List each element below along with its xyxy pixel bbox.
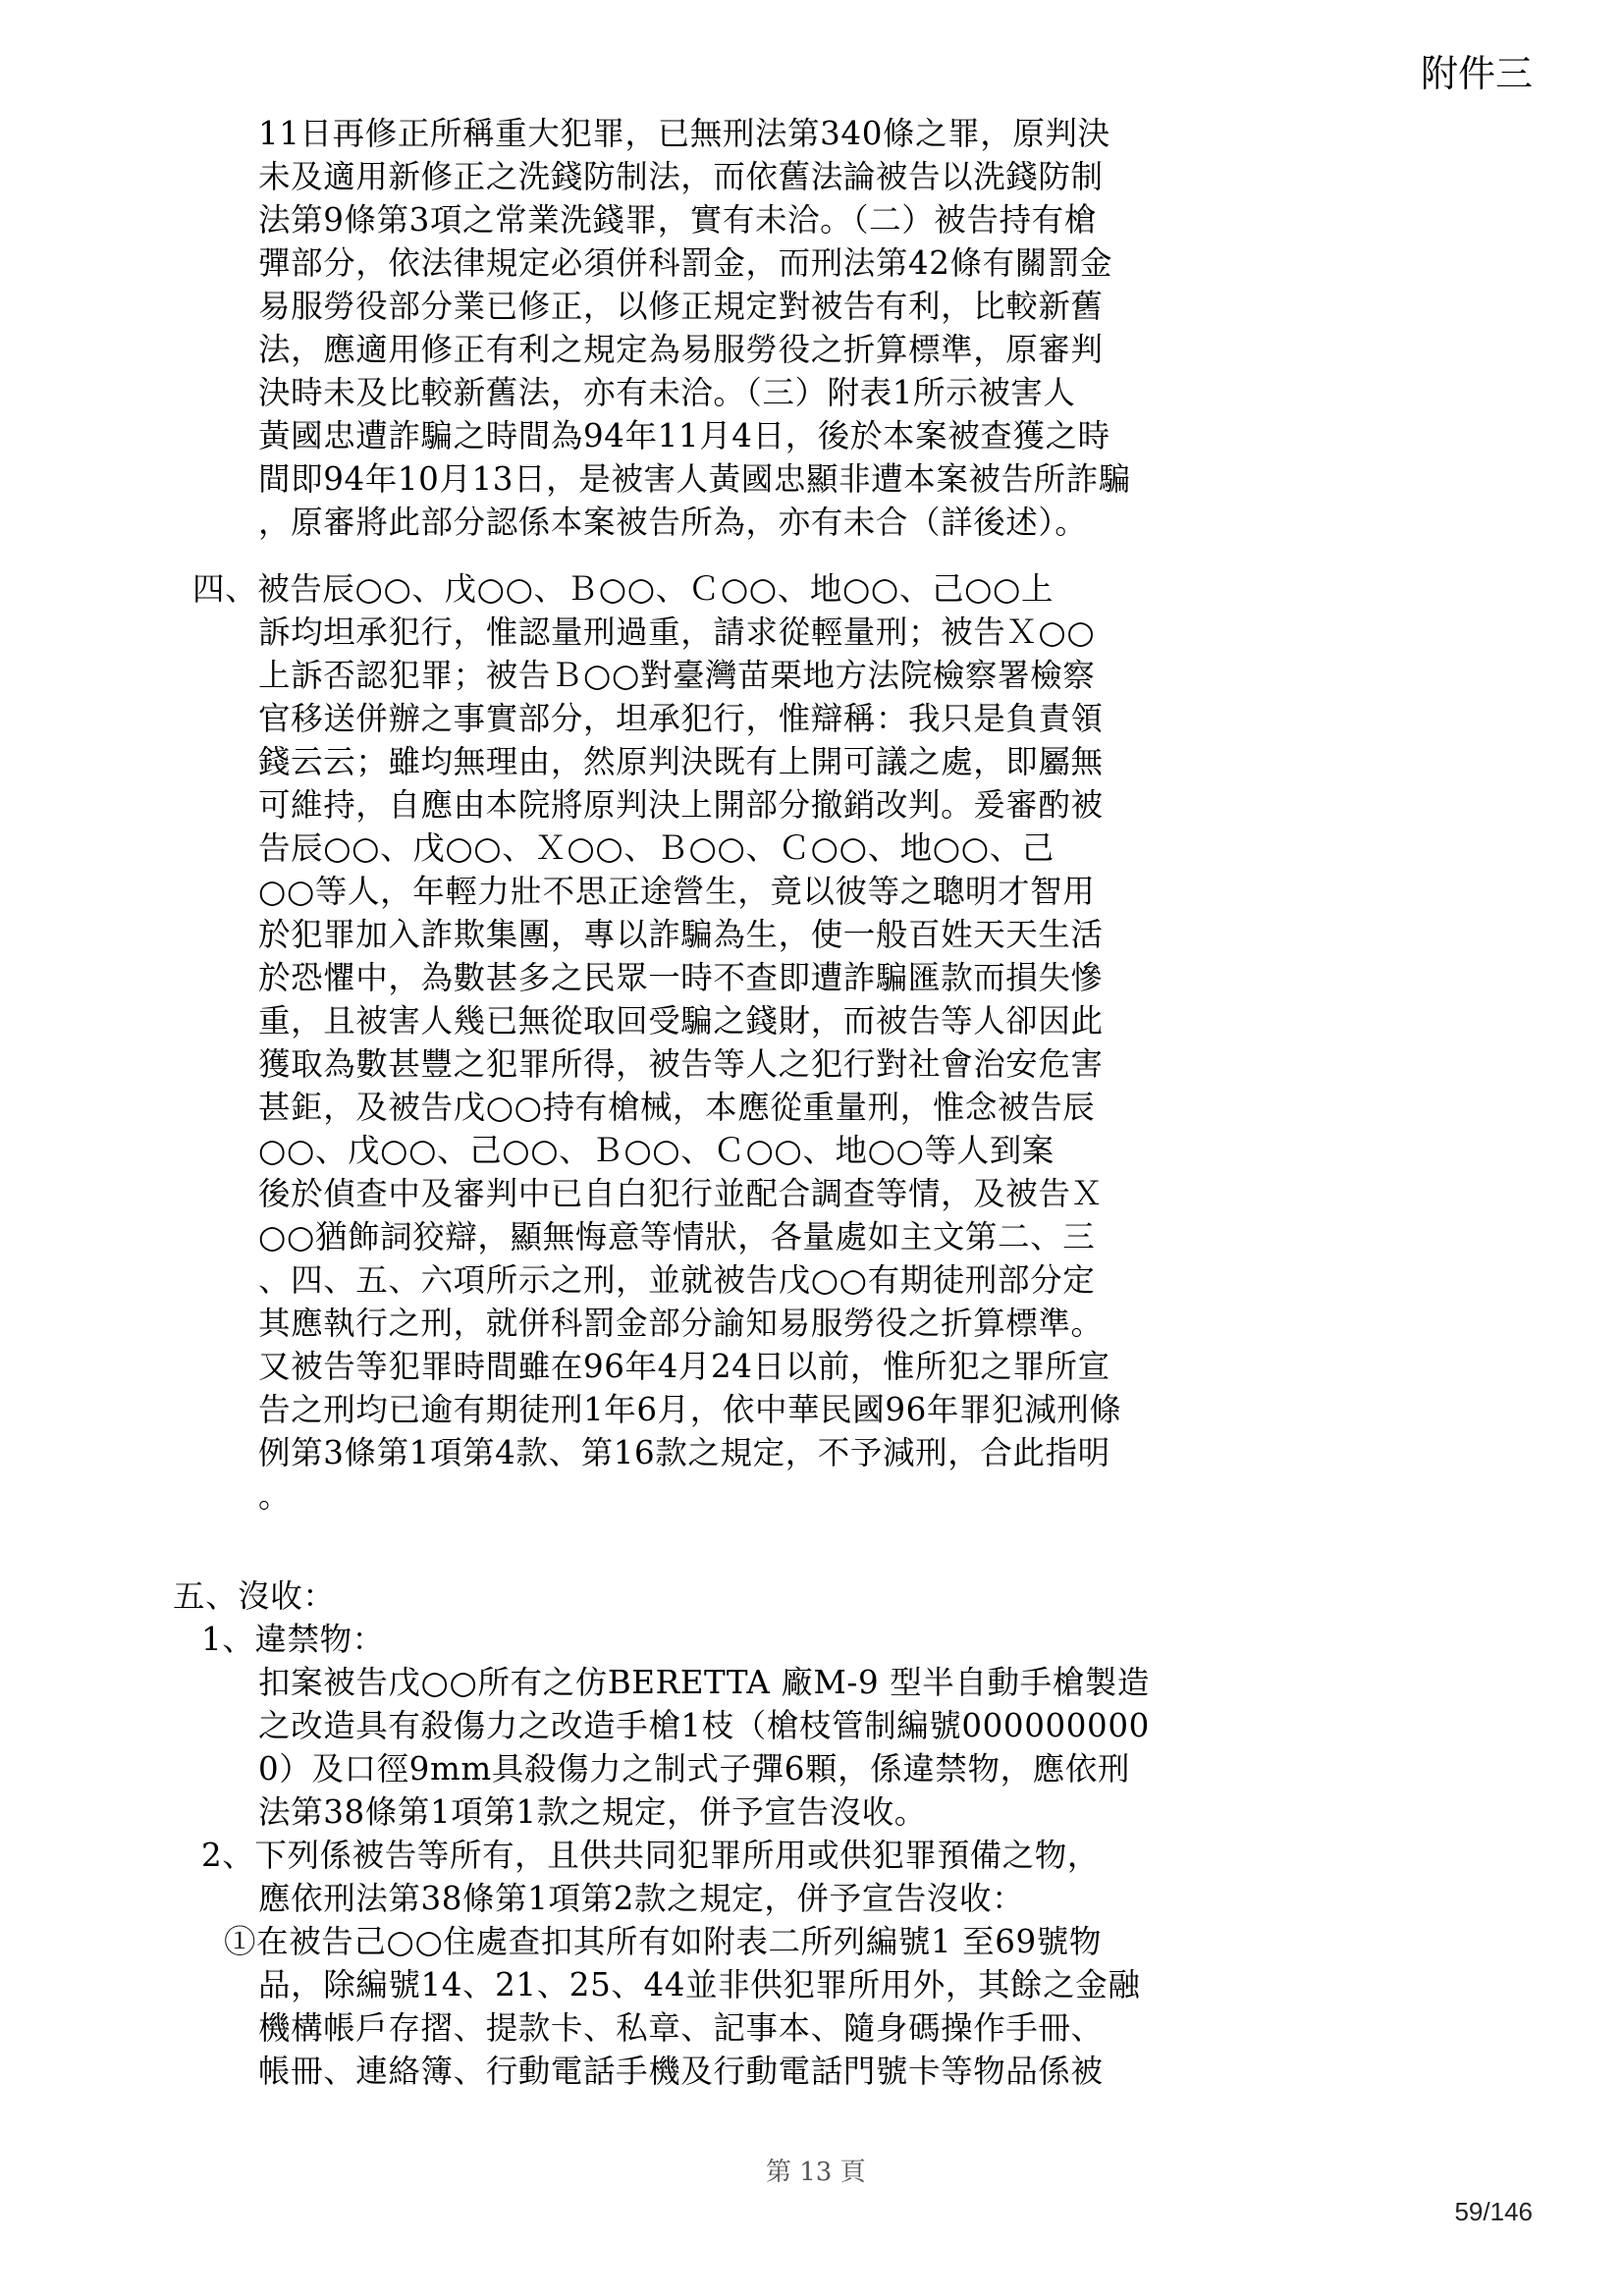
section-4-line: 重，且被害人幾已無從取回受騙之錢財，而被告等人卻因此 xyxy=(258,999,1104,1042)
item-1-line: 扣案被告戊○○所有之仿BERETTA 廠M-9 型半自動手槍製造 xyxy=(258,1661,1150,1704)
attachment-label: 附件三 xyxy=(1421,51,1533,96)
body-line: ，原審將此部分認係本案被告所為，亦有未合（詳後述）。 xyxy=(258,501,1087,544)
section-4-line: 其應執行之刑，就併科罰金部分諭知易服勞役之折算標準。 xyxy=(258,1302,1104,1345)
section-4-line: 甚鉅，及被告戊○○持有槍械，本應從重量刑，惟念被告辰 xyxy=(258,1086,1095,1129)
body-line: 黃國忠遭詐騙之時間為94年11月4日，後於本案被查獲之時 xyxy=(258,414,1110,457)
section-4-line: 後於偵查中及審判中已自白犯行並配合調查等情，及被告Ｘ xyxy=(258,1172,1104,1215)
page-number-label: 第 13 頁 xyxy=(766,2152,866,2188)
item-2-line: 應依刑法第38條第1項第2款之規定，併予宣告沒收： xyxy=(258,1877,1024,1920)
item-2-first-line: 2、下列係被告等所有，且供共同犯罪所用或供犯罪預備之物， xyxy=(201,1834,1100,1877)
body-line: 間即94年10月13日，是被害人黃國忠顯非遭本案被告所詐騙 xyxy=(258,457,1131,501)
section-4-first-line: 被告辰○○、戊○○、Ｂ○○、Ｃ○○、地○○、己○○上 xyxy=(257,570,1054,608)
section-4-line: 獲取為數甚豐之犯罪所得，被告等人之犯行對社會治安危害 xyxy=(258,1042,1104,1086)
section-4-line: 、四、五、六項所示之刑，並就被告戊○○有期徒刑部分定 xyxy=(258,1258,1095,1302)
section-4-line: 官移送併辦之事實部分，坦承犯行，惟辯稱：我只是負責領 xyxy=(258,697,1104,740)
body-line: 法第9條第3項之常業洗錢罪，實有未洽。（二）被告持有槍 xyxy=(258,198,1097,241)
section-4-line: ○○、戊○○、己○○、Ｂ○○、Ｃ○○、地○○等人到案 xyxy=(258,1129,1055,1172)
section-4-line: 於犯罪加入詐欺集團，專以詐騙為生，使一般百姓天天生活 xyxy=(258,913,1104,956)
sub-item-1-line: 帳冊、連絡簿、行動電話手機及行動電話門號卡等物品係被 xyxy=(258,2050,1104,2093)
body-line: 彈部分，依法律規定必須併科罰金，而刑法第42條有關罰金 xyxy=(258,241,1112,285)
section-4-number: 四、 xyxy=(192,570,257,608)
section-4-line: 告辰○○、戊○○、Ｘ○○、Ｂ○○、Ｃ○○、地○○、己 xyxy=(258,827,1055,870)
section-4-line: 上訴否認犯罪；被告Ｂ○○對臺灣苗栗地方法院檢察署檢察 xyxy=(258,654,1095,697)
sub-item-1-line: 品，除編號14、21、25、44並非供犯罪所用外，其餘之金融 xyxy=(258,1963,1140,2006)
document-page: 附件三 11日再修正所稱重大犯罪，已無刑法第340條之罪，原判決 未及適用新修正… xyxy=(0,0,1623,2296)
section-4-heading: 四、被告辰○○、戊○○、Ｂ○○、Ｃ○○、地○○、己○○上 xyxy=(192,567,1054,611)
item-1-line: 0）及口徑9mm具殺傷力之制式子彈6顆，係違禁物，應依刑 xyxy=(258,1747,1130,1790)
item-1-line: 法第38條第1項第1款之規定，併予宣告沒收。 xyxy=(258,1790,927,1834)
item-1-heading: 1、違禁物： xyxy=(201,1618,385,1661)
body-line: 11日再修正所稱重大犯罪，已無刑法第340條之罪，原判決 xyxy=(258,112,1110,155)
sub-item-1-first-line: ①在被告己○○住處查扣其所有如附表二所列編號1 至69號物 xyxy=(224,1920,1102,1963)
section-4-line: ○○等人，年輕力壯不思正途營生，竟以彼等之聰明才智用 xyxy=(258,870,1095,913)
section-4-line: 。 xyxy=(258,1474,291,1518)
section-4-line: 又被告等犯罪時間雖在96年4月24日以前，惟所犯之罪所宣 xyxy=(258,1345,1110,1388)
section-4-line: 錢云云；雖均無理由，然原判決既有上開可議之處，即屬無 xyxy=(258,740,1104,783)
sub-item-1-line: 機構帳戶存摺、提款卡、私章、記事本、隨身碼操作手冊、 xyxy=(258,2006,1104,2050)
section-4-line: 例第3條第1項第4款、第16款之規定，不予減刑，合此指明 xyxy=(258,1431,1110,1474)
page-count: 59/146 xyxy=(1454,2197,1533,2227)
section-4-line: 於恐懼中，為數甚多之民眾一時不查即遭詐騙匯款而損失慘 xyxy=(258,956,1104,999)
body-line: 法，應適用修正有利之規定為易服勞役之折算標準，原審判 xyxy=(258,328,1104,371)
section-4-line: 告之刑均已逾有期徒刑1年6月，依中華民國96年罪犯減刑條 xyxy=(258,1388,1122,1431)
item-1-line: 之改造具有殺傷力之改造手槍1枝（槍枝管制編號000000000 xyxy=(258,1704,1150,1747)
body-line: 易服勞役部分業已修正，以修正規定對被告有利，比較新舊 xyxy=(258,285,1104,328)
section-4-line: 可維持，自應由本院將原判決上開部分撤銷改判。爰審酌被 xyxy=(258,783,1104,827)
body-line: 未及適用新修正之洗錢防制法，而依舊法論被告以洗錢防制 xyxy=(258,155,1104,198)
section-5-heading: 五、沒收： xyxy=(173,1575,336,1618)
section-4-line: ○○猶飾詞狡辯，顯無悔意等情狀，各量處如主文第二、三 xyxy=(258,1215,1095,1258)
body-line: 決時未及比較新舊法，亦有未洽。（三）附表1所示被害人 xyxy=(258,371,1076,414)
section-4-line: 訴均坦承犯行，惟認量刑過重，請求從輕量刑；被告Ｘ○○ xyxy=(258,611,1095,654)
